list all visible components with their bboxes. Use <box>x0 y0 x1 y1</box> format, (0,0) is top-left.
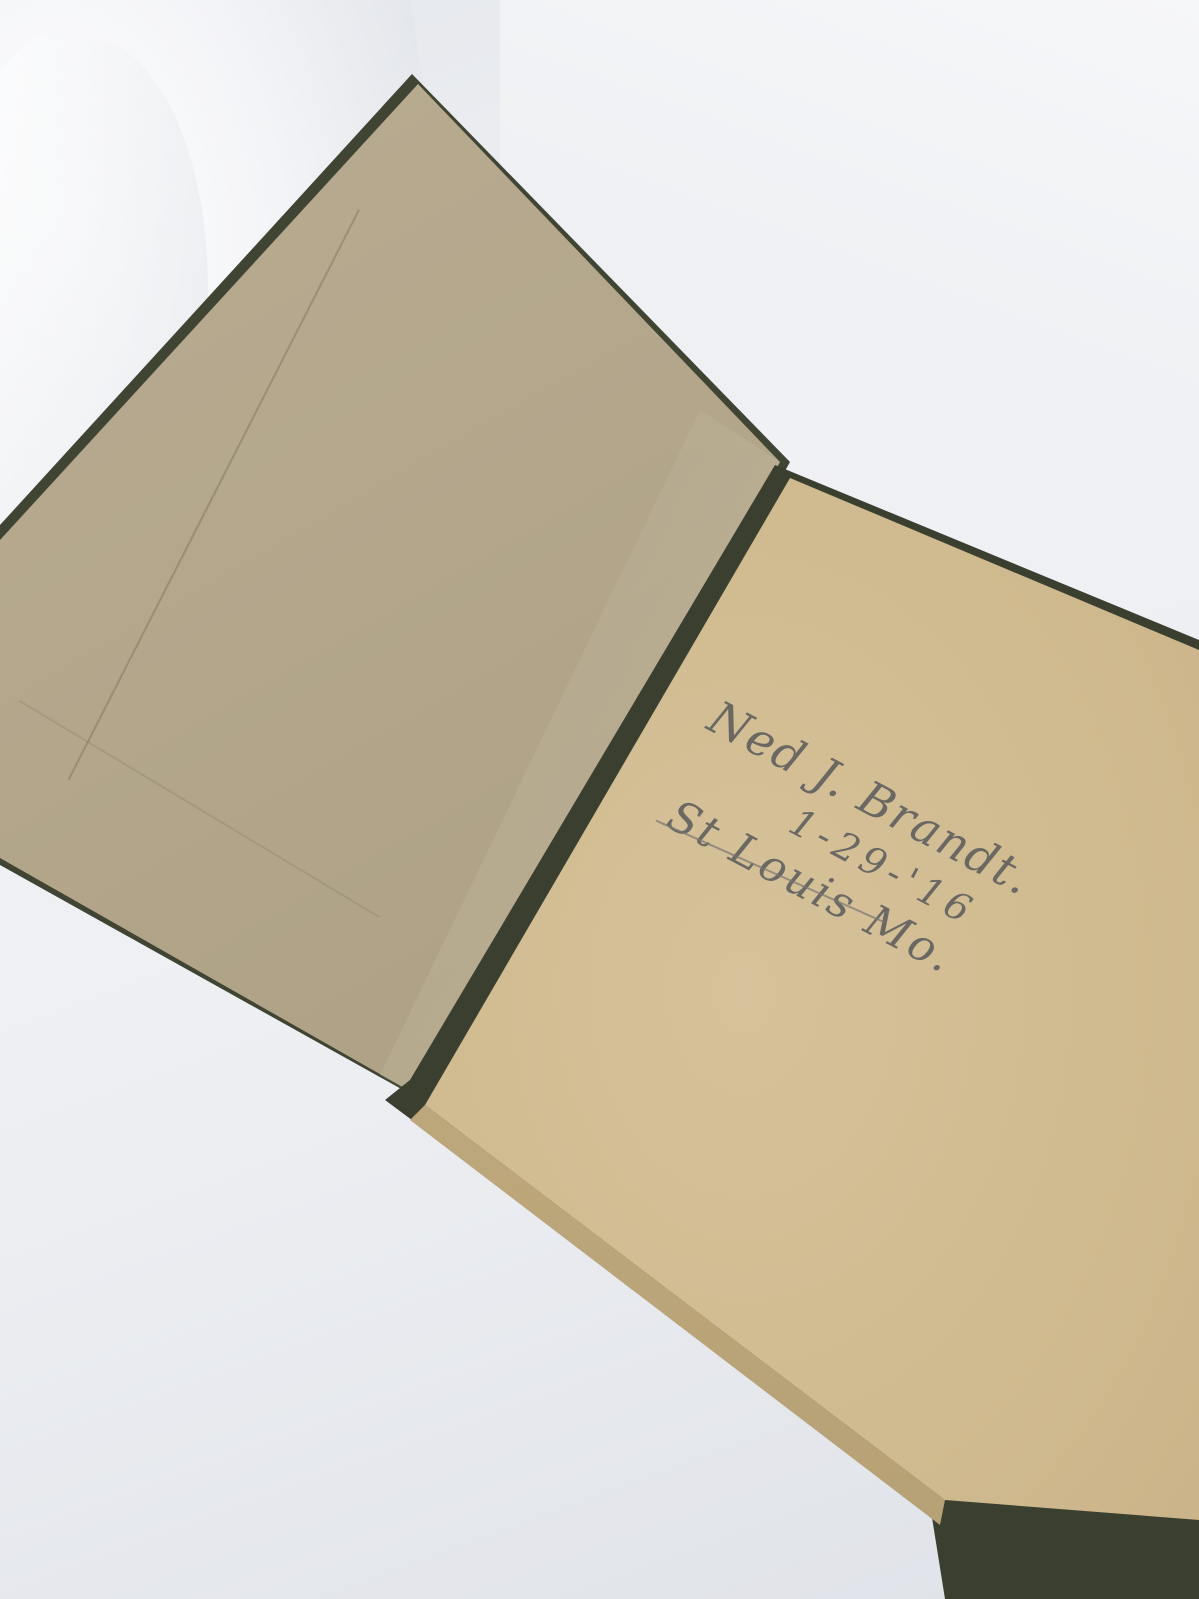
open-book: Ned J. Brandt. 1-29-'16 St Louis Mo. <box>0 0 1199 1599</box>
